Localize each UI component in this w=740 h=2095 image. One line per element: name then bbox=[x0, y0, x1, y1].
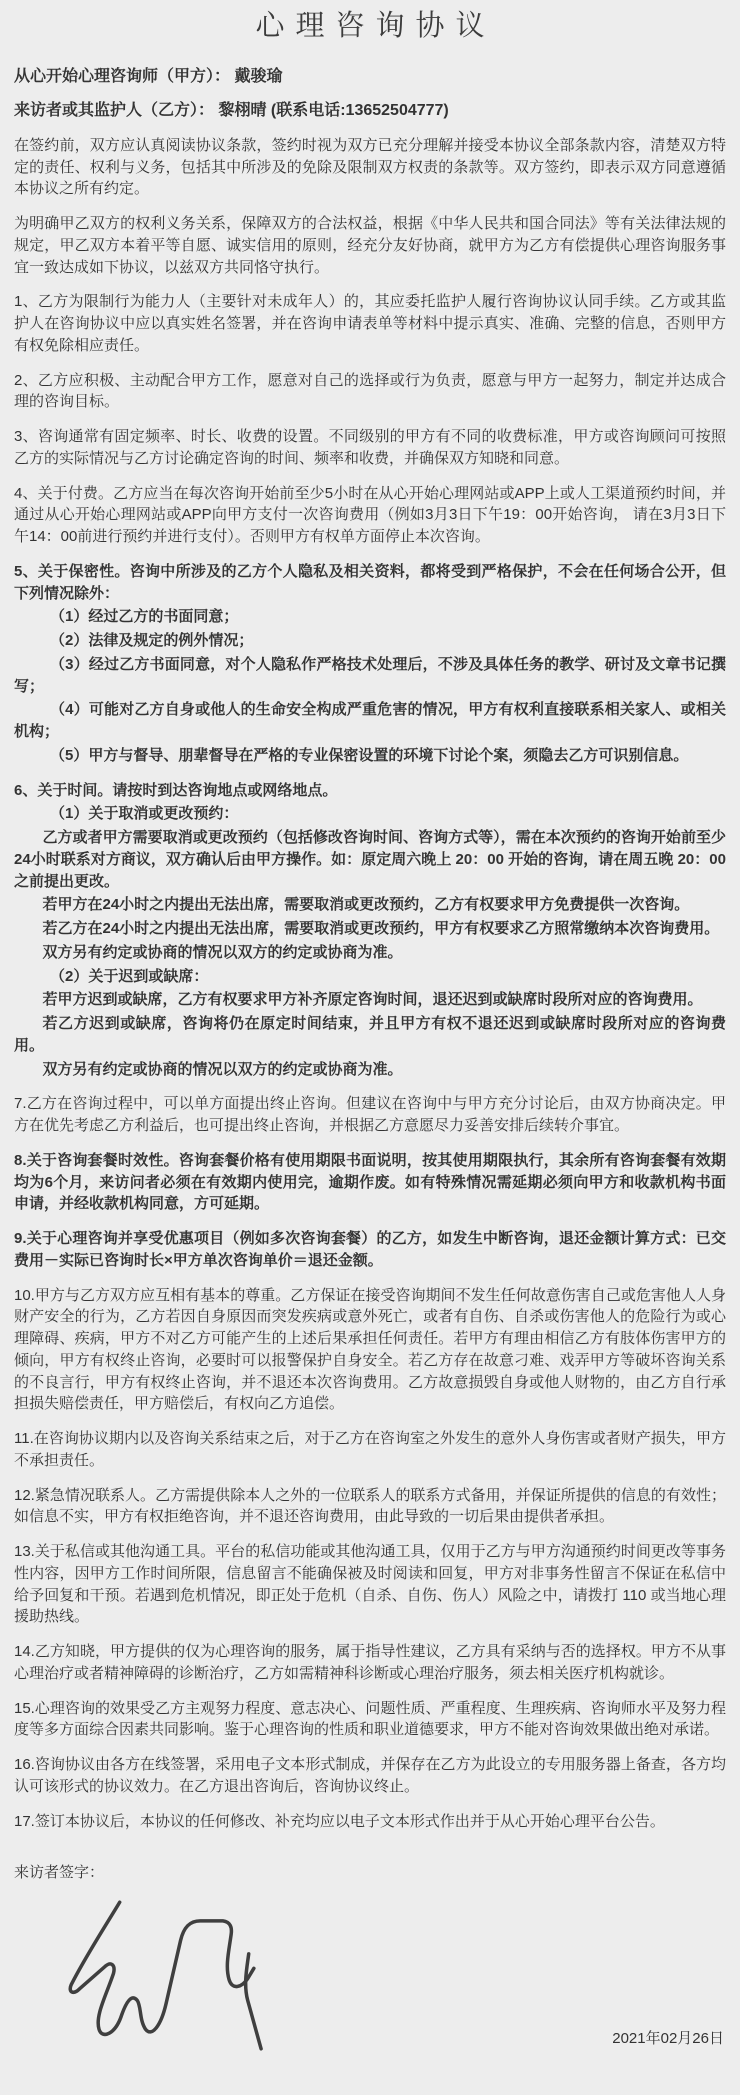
clause-6-line: 双方另有约定或协商的情况以双方的约定或协商为准。 bbox=[14, 942, 726, 964]
clause-6: 6、关于时间。请按时到达咨询地点或网络地点。 bbox=[14, 780, 726, 802]
intro-paragraph-1: 在签约前，双方应认真阅读协议条款，签约时视为双方已充分理解并接受本协议全部条款内… bbox=[14, 135, 726, 200]
clause-5-item: （3）经过乙方书面同意，对个人隐私作严格技术处理后，不涉及具体任务的教学、研讨及… bbox=[14, 654, 726, 698]
clause-6-line: 若乙方迟到或缺席，咨询将仍在原定时间结束，并且甲方有权不退还迟到或缺席时段所对应… bbox=[14, 1013, 726, 1057]
clause-15: 15.心理咨询的效果受乙方主观努力程度、意志决心、问题性质、严重程度、生理疾病、… bbox=[14, 1698, 726, 1742]
clause-5-item: （2）法律及规定的例外情况； bbox=[14, 630, 726, 652]
clause-1: 1、乙方为限制行为能力人（主要针对未成年人）的，其应委托监护人履行咨询协议认同手… bbox=[14, 291, 726, 356]
clause-7: 7.乙方在咨询过程中，可以单方面提出终止咨询。但建议在咨询中与甲方充分讨论后，由… bbox=[14, 1093, 726, 1137]
clause-11: 11.在咨询协议期内以及咨询关系结束之后，对于乙方在咨询室之外发生的意外人身伤害… bbox=[14, 1428, 726, 1472]
clause-5: 5、关于保密性。咨询中所涉及的乙方个人隐私及相关资料，都将受到严格保护，不会在任… bbox=[14, 561, 726, 605]
clause-4: 4、关于付费。乙方应当在每次咨询开始前至少5小时在从心开始心理网站或APP上或人… bbox=[14, 483, 726, 548]
clause-6-line: （2）关于迟到或缺席： bbox=[14, 966, 726, 988]
clause-5-item: （4）可能对乙方自身或他人的生命安全构成严重危害的情况，甲方有权利直接联系相关家… bbox=[14, 699, 726, 743]
clause-13: 13.关于私信或其他沟通工具。平台的私信功能或其他沟通工具，仅用于乙方与甲方沟通… bbox=[14, 1541, 726, 1628]
agreement-document: 心理咨询协议 从心开始心理咨询师（甲方）： 戴骏瑜 来访者或其监护人（乙方）： … bbox=[0, 0, 740, 2095]
clause-14: 14.乙方知晓，甲方提供的仅为心理咨询的服务，属于指导性建议，乙方具有采纳与否的… bbox=[14, 1641, 726, 1685]
handwritten-signature bbox=[42, 1894, 282, 2054]
clause-6-line: 若乙方在24小时之内提出无法出席，需要取消或更改预约，甲方有权要求乙方照常缴纳本… bbox=[14, 918, 726, 940]
page-title: 心理咨询协议 bbox=[14, 8, 726, 46]
clause-6-line: （1）关于取消或更改预约： bbox=[14, 803, 726, 825]
clause-8: 8.关于咨询套餐时效性。咨询套餐价格有使用期限书面说明，按其使用期限执行，其余所… bbox=[14, 1150, 726, 1215]
clause-3: 3、咨询通常有固定频率、时长、收费的设置。不同级别的甲方有不同的收费标准，甲方或… bbox=[14, 426, 726, 470]
signature-stroke bbox=[70, 1902, 254, 2034]
clause-6-line: 若甲方迟到或缺席，乙方有权要求甲方补齐原定咨询时间，退还迟到或缺席时段所对应的咨… bbox=[14, 989, 726, 1011]
clause-5-item: （5）甲方与督导、朋辈督导在严格的专业保密设置的环境下讨论个案，须隐去乙方可识别… bbox=[14, 745, 726, 767]
clause-5-item: （1）经过乙方的书面同意； bbox=[14, 606, 726, 628]
clause-2: 2、乙方应积极、主动配合甲方工作，愿意对自己的选择或行为负责，愿意与甲方一起努力… bbox=[14, 370, 726, 414]
party-b-line: 来访者或其监护人（乙方）： 黎栩晴 (联系电话:13652504777) bbox=[14, 100, 726, 122]
clause-10: 10.甲方与乙方双方应互相有基本的尊重。乙方保证在接受咨询期间不发生任何故意伤害… bbox=[14, 1285, 726, 1416]
intro-paragraph-2: 为明确甲乙双方的权利义务关系，保障双方的合法权益，根据《中华人民共和国合同法》等… bbox=[14, 213, 726, 278]
clause-17: 17.签订本协议后，本协议的任何修改、补充均应以电子文本形式作出并于从心开始心理… bbox=[14, 1811, 726, 1833]
clause-6-line: 若甲方在24小时之内提出无法出席，需要取消或更改预约，乙方有权要求甲方免费提供一… bbox=[14, 894, 726, 916]
clause-6-line: 双方另有约定或协商的情况以双方的约定或协商为准。 bbox=[14, 1059, 726, 1081]
signature-label: 来访者签字： bbox=[14, 1862, 726, 1884]
clause-12: 12.紧急情况联系人。乙方需提供除本人之外的一位联系人的联系方式备用，并保证所提… bbox=[14, 1485, 726, 1529]
clause-6-line: 乙方或者甲方需要取消或更改预约（包括修改咨询时间、咨询方式等），需在本次预约的咨… bbox=[14, 827, 726, 892]
clause-16: 16.咨询协议由各方在线签署，采用电子文本形式制成，并保存在乙方为此设立的专用服… bbox=[14, 1754, 726, 1798]
agreement-date: 2021年02月26日 bbox=[612, 2028, 724, 2050]
clause-9: 9.关于心理咨询并享受优惠项目（例如多次咨询套餐）的乙方，如发生中断咨询，退还金… bbox=[14, 1228, 726, 1272]
party-a-line: 从心开始心理咨询师（甲方）： 戴骏瑜 bbox=[14, 66, 726, 88]
